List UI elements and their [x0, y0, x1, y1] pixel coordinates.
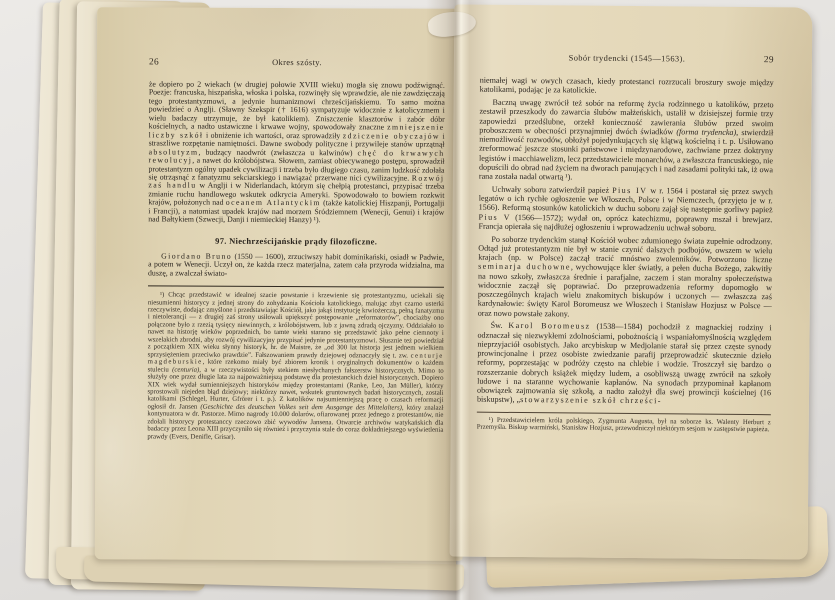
left-footnote-text: ¹) Chcąc przedstawić w idealnej szacie p…: [147, 291, 444, 441]
footnote-rule-right: [477, 411, 771, 415]
running-title-right: Sobór trydencki (1545—1563).: [480, 53, 774, 65]
left-paragraph-1: że dopiero po 2 wiekach (w drugiej połow…: [148, 80, 445, 225]
page-number-right: 29: [764, 55, 774, 65]
running-header-right: Sobór trydencki (1545—1563). 29: [480, 53, 774, 70]
section-heading: 97. Niechrześcijańskie prądy filozoficzn…: [148, 235, 444, 246]
right-paragraph-2: Baczną uwagę zwrócił też sobór na reform…: [479, 98, 774, 184]
footnote-rule-left: [148, 285, 444, 287]
right-paragraph-4: Po soborze trydenckim stanął Kościół wob…: [478, 234, 773, 320]
right-footnote: ¹) Przedstawicielem króla polskiego, Zyg…: [477, 416, 771, 433]
right-paragraph-5: Św. Karol Boromeusz (1538—1584) pochodzi…: [477, 321, 772, 407]
running-title-left: Okres szósty.: [149, 57, 445, 67]
left-body-2: Giordano Bruno (1550 — 1600), zrzuciwszy…: [148, 252, 444, 279]
left-page: 26 Okres szósty. że dopiero po 2 wiekach…: [95, 7, 465, 561]
running-header-left: 26 Okres szósty.: [149, 57, 445, 72]
right-page: Sobór trydencki (1545—1563). 29 niemałej…: [450, 4, 813, 559]
book-photo-scene: 26 Okres szósty. że dopiero po 2 wiekach…: [0, 0, 835, 600]
left-footnote: ¹) Chcąc przedstawić w idealnej szacie p…: [147, 291, 444, 441]
right-paragraph-3: Uchwały soboru zatwierdził papież Pius I…: [478, 184, 772, 233]
left-body: że dopiero po 2 wiekach (w drugiej połow…: [148, 80, 445, 225]
right-paragraph-1: niemałej wagi w owych czasach, kiedy pro…: [480, 76, 774, 97]
left-paragraph-2: Giordano Bruno (1550 — 1600), zrzuciwszy…: [148, 252, 444, 279]
right-footnote-text: ¹) Przedstawicielem króla polskiego, Zyg…: [477, 416, 771, 433]
right-body: niemałej wagi w owych czasach, kiedy pro…: [477, 76, 774, 407]
